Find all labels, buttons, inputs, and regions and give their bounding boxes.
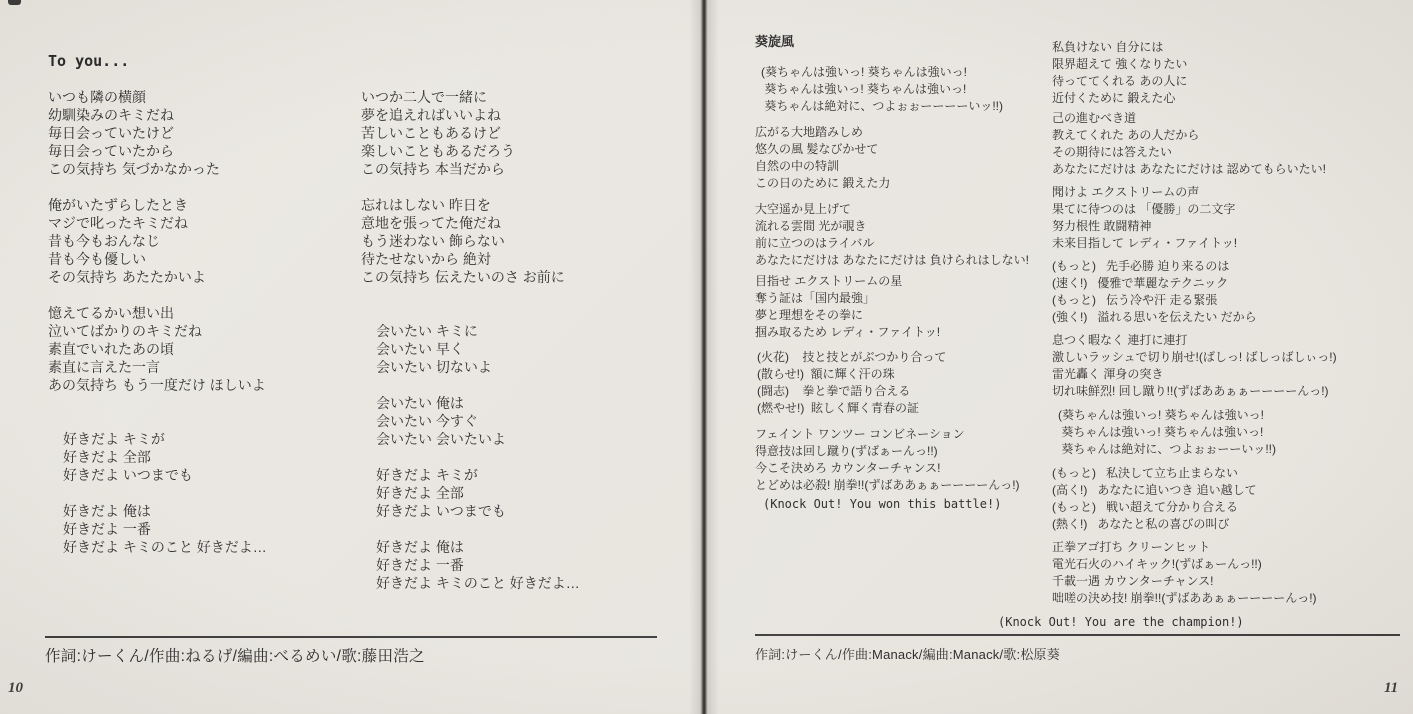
rp-col2-chant: (葵ちゃんは強いっ! 葵ちゃんは強いっ! 葵ちゃんは強いっ! 葵ちゃんは強いっ!… bbox=[1058, 407, 1276, 458]
credits-right: 作詞:けーくん/作曲:Manack/編曲:Manack/歌:松原葵 bbox=[755, 644, 1060, 663]
rp-col1-stanza-4: フェイント ワンツー コンビネーション 得意技は回し蹴り(ずばぁーんっ!!) 今… bbox=[755, 426, 1020, 494]
rp-col1-call-response: (火花) 技と技とがぶつかり合って (散らせ!) 額に輝く汗の珠 (闘志) 拳と… bbox=[757, 349, 946, 417]
lp-col1-stanza-3: 憶えてるかい想い出 泣いてばかりのキミだね 素直でいれたあの頃 素直に言えた一言… bbox=[48, 304, 266, 394]
booklet-fold-line bbox=[689, 0, 719, 714]
lp-col1-stanza-1: いつも隣の横顔 幼馴染みのキミだね 毎日会っていたけど 毎日会っていたから この… bbox=[48, 88, 220, 178]
rp-col2-stanza-4: 息つく暇なく 連打に連打 激しいラッシュで切り崩せ!(ばしっ! ばしっばしぃっ!… bbox=[1052, 332, 1337, 400]
song-title-left: To you... bbox=[48, 52, 129, 70]
lp-col2-chorus-2: 会いたい 俺は 会いたい 今すぐ 会いたい 会いたいよ bbox=[376, 394, 506, 448]
lp-col1-chorus-1: 好きだよ キミが 好きだよ 全部 好きだよ いつまでも bbox=[63, 430, 193, 484]
rp-col2-knockout-line: (Knock Out! You are the champion!) bbox=[998, 615, 1244, 629]
rp-col2-stanza-2: 己の進むべき道 教えてくれた あの人だから その期待には答えたい あなたにだけは… bbox=[1052, 110, 1326, 178]
page-number-left: 10 bbox=[8, 680, 23, 697]
lp-col2-stanza-2: 忘れはしない 昨日を 意地を張ってた俺だね もう迷わない 飾らない 待たせないか… bbox=[361, 196, 565, 286]
credits-left: 作詞:けーくん/作曲:ねるげ/編曲:べるめい/歌:藤田浩之 bbox=[45, 644, 425, 666]
page-number-right: 11 bbox=[1384, 680, 1398, 697]
booklet-spread: To you... いつも隣の横顔 幼馴染みのキミだね 毎日会っていたけど 毎日… bbox=[0, 0, 1413, 714]
rp-col2-stanza-3: 聞けよ エクストリームの声 果てに待つのは 「優勝」の二文字 努力根性 敢闘精神… bbox=[1052, 184, 1237, 252]
credits-divider-right bbox=[755, 634, 1400, 636]
lp-col2-chorus-4: 好きだよ 俺は 好きだよ 一番 好きだよ キミのこと 好きだよ… bbox=[376, 538, 580, 592]
lp-col2-chorus-3: 好きだよ キミが 好きだよ 全部 好きだよ いつまでも bbox=[376, 466, 506, 520]
rp-col2-stanza-1: 私負けない 自分には 限界超えて 強くなりたい 待っててくれる あの人に 近付く… bbox=[1052, 39, 1187, 107]
rp-col1-stanza-2: 大空遥か見上げて 流れる雲間 光が覗き 前に立つのはライバル あなたにだけは あ… bbox=[755, 201, 1029, 269]
rp-col1-knockout-line: (Knock Out! You won this battle!) bbox=[763, 497, 1001, 511]
credits-divider-left bbox=[45, 636, 657, 638]
rp-col1-stanza-1: 広がる大地踏みしめ 悠久の風 髪なびかせて 自然の中の特訓 この日のために 鍛え… bbox=[755, 124, 890, 192]
lp-col1-chorus-2: 好きだよ 俺は 好きだよ 一番 好きだよ キミのこと 好きだよ… bbox=[63, 502, 267, 556]
rp-col1-stanza-3: 目指せ エクストリームの星 奪う証は「国内最強」 夢と理想をその拳に 掴み取るた… bbox=[755, 273, 940, 341]
lp-col2-chorus-1: 会いたい キミに 会いたい 早く 会いたい 切ないよ bbox=[376, 322, 492, 376]
song-title-right: 葵旋風 bbox=[755, 31, 794, 50]
rp-col2-call-response-1: (もっと) 先手必勝 迫り来るのは (速く!) 優雅で華麗なテクニック (もっと… bbox=[1052, 258, 1257, 326]
rp-col2-call-response-2: (もっと) 私決して立ち止まらない (高く!) あなたに追いつき 追い越して (… bbox=[1052, 465, 1257, 533]
rp-col2-stanza-5: 正拳アゴ打ち クリーンヒット 電光石火のハイキック!(ずばぁーんっ!!) 千載一… bbox=[1052, 539, 1317, 607]
lp-col2-stanza-1: いつか二人で一緒に 夢を追えればいいよね 苦しいこともあるけど 楽しいこともある… bbox=[361, 88, 515, 178]
lp-col1-stanza-2: 俺がいたずらしたとき マジで叱ったキミだね 昔も今もおんなじ 昔も今も優しい そ… bbox=[48, 196, 206, 286]
rp-col1-chant: (葵ちゃんは強いっ! 葵ちゃんは強いっ! 葵ちゃんは強いっ! 葵ちゃんは強いっ!… bbox=[761, 64, 1003, 115]
scan-smudge bbox=[8, 0, 21, 5]
